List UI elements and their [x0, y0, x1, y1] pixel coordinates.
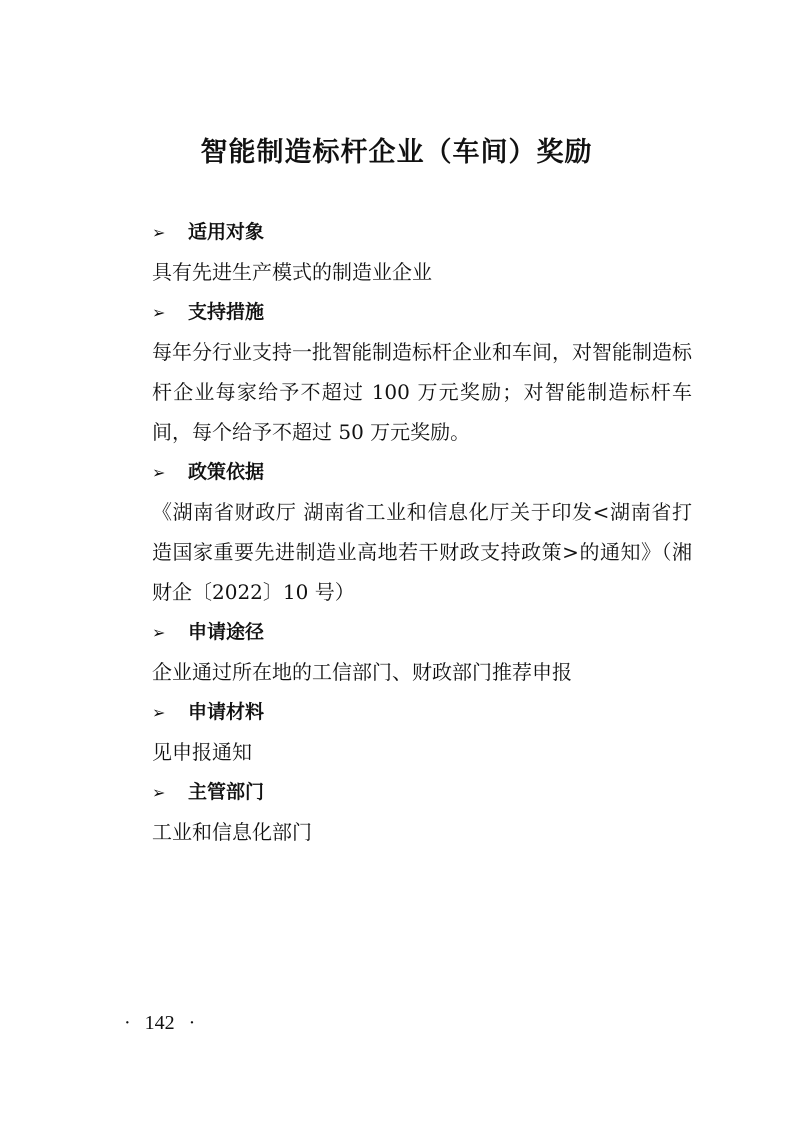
page-title: 智能制造标杆企业（车间）奖励 [0, 130, 793, 169]
section-heading-application-channel: ➢申请途径 [152, 612, 692, 652]
footer-dot-left: · [124, 1012, 131, 1034]
arrow-bullet-icon: ➢ [152, 773, 188, 813]
section-body-application-channel: 企业通过所在地的工信部门、财政部门推荐申报 [152, 652, 692, 692]
section-heading-competent-department: ➢主管部门 [152, 772, 692, 812]
arrow-bullet-icon: ➢ [152, 293, 188, 333]
arrow-bullet-icon: ➢ [152, 613, 188, 653]
section-body-policy-basis: 《湖南省财政厅 湖南省工业和信息化厅关于印发<湖南省打造国家重要先进制造业高地若… [152, 492, 692, 612]
page-footer: ·142· [110, 1012, 209, 1035]
arrow-bullet-icon: ➢ [152, 453, 188, 493]
section-heading-applicable-objects: ➢适用对象 [152, 212, 692, 252]
section-heading-application-materials: ➢申请材料 [152, 692, 692, 732]
section-body-competent-department: 工业和信息化部门 [152, 812, 692, 852]
section-heading-support-measures: ➢支持措施 [152, 292, 692, 332]
page-number: 142 [145, 1012, 175, 1034]
section-body-application-materials: 见申报通知 [152, 732, 692, 772]
section-heading-policy-basis: ➢政策依据 [152, 452, 692, 492]
arrow-bullet-icon: ➢ [152, 213, 188, 253]
arrow-bullet-icon: ➢ [152, 693, 188, 733]
section-body-support-measures: 每年分行业支持一批智能制造标杆企业和车间，对智能制造标杆企业每家给予不超过 10… [152, 332, 692, 452]
section-body-applicable-objects: 具有先进生产模式的制造业企业 [152, 252, 692, 292]
footer-dot-right: · [189, 1012, 196, 1034]
document-body: ➢适用对象 具有先进生产模式的制造业企业 ➢支持措施 每年分行业支持一批智能制造… [152, 212, 692, 852]
